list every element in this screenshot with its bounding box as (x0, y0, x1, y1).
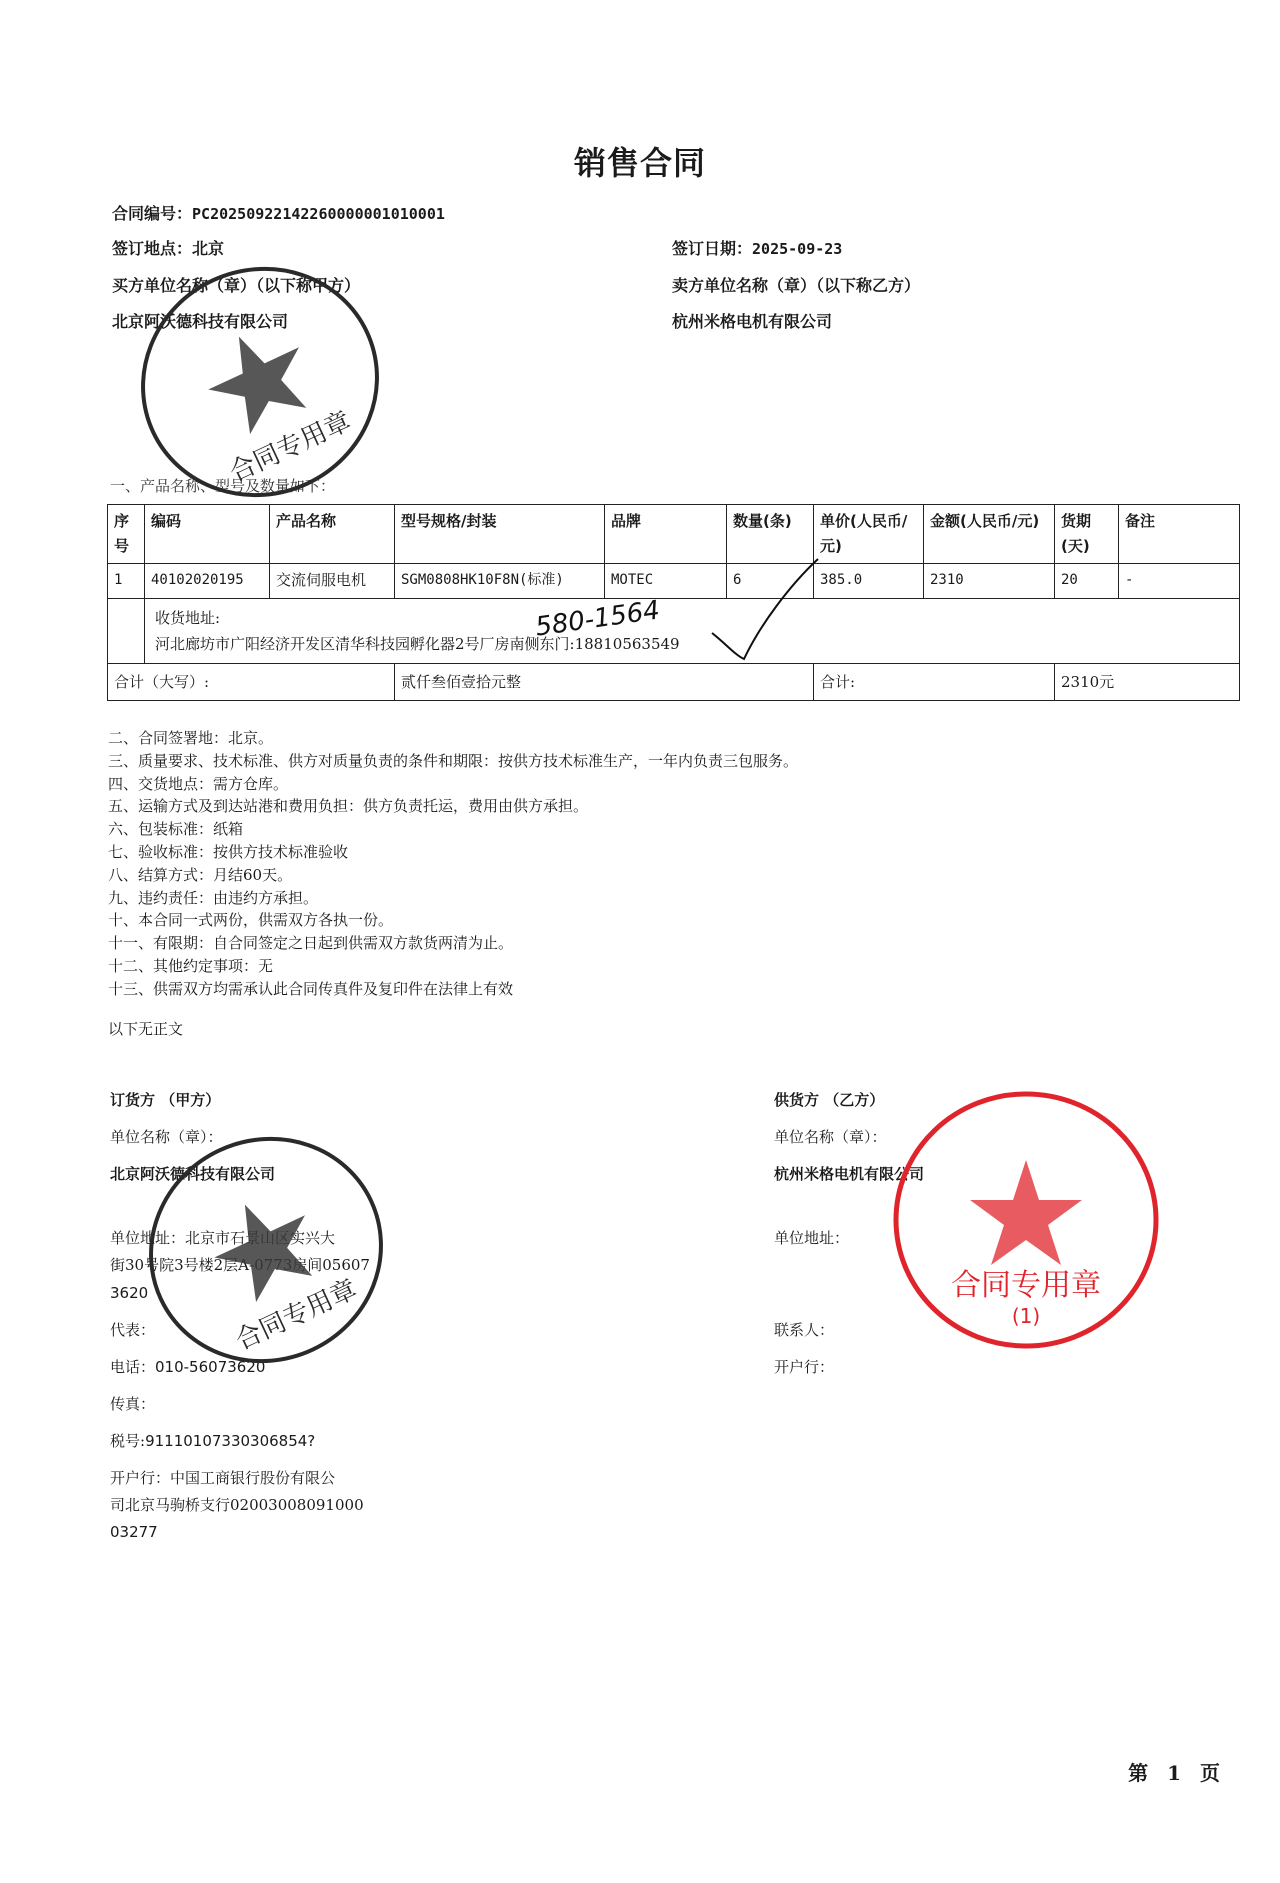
buyer-bank-line3: 03277 (110, 1522, 158, 1542)
handwritten-checkmark-icon (700, 555, 830, 665)
table-header-row: 序号 编码 产品名称 型号规格/封装 品牌 数量(条) 单价(人民币/元) 金额… (108, 505, 1240, 564)
cell-code: 40102020195 (145, 564, 270, 599)
buyer-company-seal-top: 合同专用章 (130, 262, 390, 502)
col-amount: 金额(人民币/元) (924, 505, 1055, 564)
buyer-phone-value: 010-56073620 (155, 1358, 265, 1376)
seller-unit-name-label: 单位名称（章）： (774, 1127, 887, 1147)
buyer-block-heading: 订货方 （甲方） (110, 1090, 220, 1110)
buyer-unit-name-label: 单位名称（章）： (110, 1127, 223, 1147)
buyer-address-line1: 北京市石景山区实兴大 (185, 1229, 335, 1247)
term-3: 三、质量要求、技术标准、供方对质量负责的条件和期限：按供方技术标准生产，一年内负… (108, 750, 798, 773)
col-unit-price: 单价(人民币/元) (814, 505, 924, 564)
seller-block-heading: 供货方 （乙方） (774, 1090, 884, 1110)
cell-lead-time: 20 (1055, 564, 1119, 599)
seller-contact-label: 联系人： (774, 1320, 834, 1340)
cell-amount: 2310 (924, 564, 1055, 599)
buyer-unit-name: 北京阿沃德科技有限公司 (110, 1164, 275, 1184)
seller-unit-name: 杭州米格电机有限公司 (774, 1164, 924, 1184)
sign-date-label: 签订日期： (672, 239, 752, 258)
seller-company-seal: 合同专用章 (1) (886, 1085, 1166, 1355)
buyer-tax-label: 税号: (110, 1432, 145, 1450)
buyer-phone-label: 电话： (110, 1358, 155, 1376)
term-11: 十一、有限期：自合同签定之日起到供需双方款货两清为止。 (108, 932, 798, 955)
term-10: 十、本合同一式两份，供需双方各执一份。 (108, 909, 798, 932)
buyer-bank: 开户行：中国工商银行股份有限公 (110, 1468, 335, 1488)
seller-label: 卖方单位名称（章）（以下称乙方） (672, 273, 920, 296)
total-upper-label: 合计（大写）: (108, 664, 395, 701)
buyer-address-line3: 3620 (110, 1283, 148, 1303)
total-value: 2310元 (1055, 664, 1240, 701)
svg-text:合同专用章: 合同专用章 (231, 1274, 362, 1356)
buyer-label: 买方单位名称（章）（以下称甲方） (112, 273, 360, 296)
term-7: 七、验收标准：按供方技术标准验收 (108, 841, 798, 864)
term-8: 八、结算方式：月结60天。 (108, 864, 798, 887)
buyer-bank-line1: 中国工商银行股份有限公 (170, 1469, 335, 1487)
term-9: 九、违约责任：由违约方承担。 (108, 887, 798, 910)
contract-terms: 二、合同签署地：北京。 三、质量要求、技术标准、供方对质量负责的条件和期限：按供… (108, 727, 798, 1001)
term-12: 十二、其他约定事项：无 (108, 955, 798, 978)
svg-text:合同专用章: 合同专用章 (951, 1268, 1101, 1303)
buyer-tax-value: 91110107330306854? (145, 1432, 315, 1450)
end-of-text-note: 以下无正文 (108, 1018, 183, 1039)
buyer-rep-label: 代表： (110, 1320, 155, 1340)
buyer-fax-label: 传真： (110, 1394, 155, 1414)
sign-place-label: 签订地点： (112, 239, 192, 258)
col-seq: 序号 (108, 505, 145, 564)
cell-unit-price: 385.0 (814, 564, 924, 599)
total-row: 合计（大写）: 贰仟叁佰壹拾元整 合计: 2310元 (108, 664, 1240, 701)
buyer-bank-label: 开户行： (110, 1469, 170, 1487)
cell-product-name: 交流伺服电机 (270, 564, 395, 599)
sign-date: 签订日期：2025-09-23 (672, 236, 842, 259)
term-6: 六、包装标准：纸箱 (108, 818, 798, 841)
col-product-name: 产品名称 (270, 505, 395, 564)
term-13: 十三、供需双方均需承认此合同传真件及复印件在法律上有效 (108, 978, 798, 1001)
sign-place: 签订地点：北京 (112, 236, 224, 259)
cell-model: SGM0808HK10F8N(标准) (395, 564, 605, 599)
col-code: 编码 (145, 505, 270, 564)
buyer-bank-line2: 司北京马驹桥支行02003008091000 (110, 1495, 364, 1515)
contract-title: 销售合同 (0, 138, 1280, 184)
total-upper-value: 贰仟叁佰壹拾元整 (395, 664, 814, 701)
items-table: 序号 编码 产品名称 型号规格/封装 品牌 数量(条) 单价(人民币/元) 金额… (107, 504, 1240, 701)
delivery-address-label: 收货地址: (155, 605, 1229, 631)
col-model: 型号规格/封装 (395, 505, 605, 564)
sign-date-value: 2025-09-23 (752, 240, 842, 258)
seller-bank-label: 开户行： (774, 1357, 834, 1377)
col-remark: 备注 (1119, 505, 1240, 564)
address-blank-cell (108, 599, 145, 664)
buyer-address: 单位地址：北京市石景山区实兴大 (110, 1228, 335, 1248)
seller-name: 杭州米格电机有限公司 (672, 309, 832, 332)
cell-remark: - (1119, 564, 1240, 599)
col-lead-time: 货期(天) (1055, 505, 1119, 564)
buyer-address-line2: 街30号院3号楼2层A-0773房间05607 (110, 1255, 370, 1275)
delivery-address: 河北廊坊市广阳经济开发区清华科技园孵化器2号厂房南侧东门:18810563549 (155, 631, 1229, 657)
contract-number-value: PC20250922142260000001010001 (192, 205, 445, 223)
buyer-address-label: 单位地址： (110, 1229, 185, 1247)
page-number: 第 1 页 (1128, 1757, 1226, 1786)
delivery-address-row: 收货地址: 河北廊坊市广阳经济开发区清华科技园孵化器2号厂房南侧东门:18810… (108, 599, 1240, 664)
seller-address-label: 单位地址： (774, 1228, 849, 1248)
contract-number: 合同编号：PC20250922142260000001010001 (112, 201, 445, 224)
sign-place-value: 北京 (192, 239, 224, 258)
cell-seq: 1 (108, 564, 145, 599)
term-4: 四、交货地点：需方仓库。 (108, 773, 798, 796)
term-2: 二、合同签署地：北京。 (108, 727, 798, 750)
delivery-address-cell: 收货地址: 河北廊坊市广阳经济开发区清华科技园孵化器2号厂房南侧东门:18810… (145, 599, 1240, 664)
buyer-name: 北京阿沃德科技有限公司 (112, 309, 288, 332)
buyer-phone: 电话：010-56073620 (110, 1357, 265, 1377)
svg-text:(1): (1) (1012, 1304, 1040, 1328)
contract-number-label: 合同编号： (112, 204, 192, 223)
table-row: 1 40102020195 交流伺服电机 SGM0808HK10F8N(标准) … (108, 564, 1240, 599)
total-label: 合计: (814, 664, 1055, 701)
term-5: 五、运输方式及到达站港和费用负担：供方负责托运，费用由供方承担。 (108, 795, 798, 818)
items-heading: 一、产品名称、型号及数量如下： (110, 475, 335, 496)
buyer-tax: 税号:91110107330306854? (110, 1431, 315, 1451)
